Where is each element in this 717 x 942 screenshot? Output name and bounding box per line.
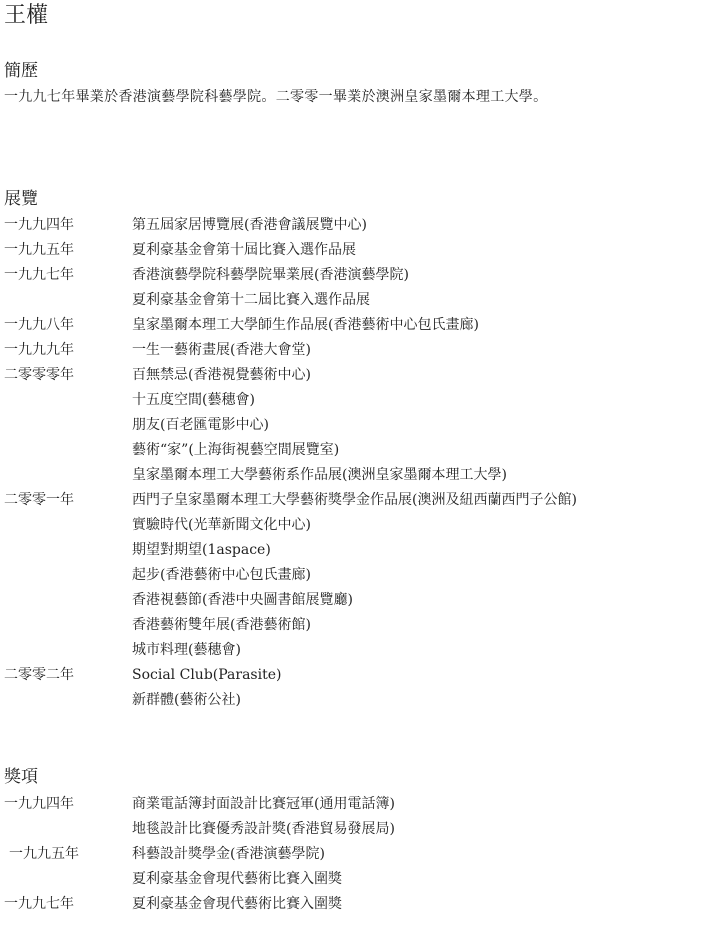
award-item: 夏利豪基金會現代藝術比賽入圍獎 [132, 894, 342, 914]
exhibition-item: 城市料理(藝穗會) [132, 640, 241, 660]
exhibition-item: 一生一藝術畫展(香港大會堂) [132, 340, 311, 360]
award-item: 地毯設計比賽優秀設計獎(香港貿易發展局) [132, 819, 395, 839]
exhibition-year: 二零零二年 [4, 665, 74, 685]
exhibition-item: 香港視藝節(香港中央圖書館展覽廳) [132, 590, 353, 610]
exhibition-item: 皇家墨爾本理工大學師生作品展(香港藝術中心包氏畫廊) [132, 315, 479, 335]
exhibition-item: 夏利豪基金會第十二屆比賽入選作品展 [132, 290, 370, 310]
exhibition-item: 香港演藝學院科藝學院畢業展(香港演藝學院) [132, 265, 409, 285]
exhibition-item: 實驗時代(光華新聞文化中心) [132, 515, 311, 535]
exhibition-item: 第五屆家居博覽展(香港會議展覽中心) [132, 215, 367, 235]
exhibition-item: 新群體(藝術公社) [132, 690, 241, 710]
exhibition-year: 一九九五年 [4, 240, 74, 260]
exhibition-year: 一九九八年 [4, 315, 74, 335]
awards-heading: 獎項 [4, 767, 38, 787]
exhibition-item: 朋友(百老匯電影中心) [132, 415, 269, 435]
award-item: 商業電話簿封面設計比賽冠軍(通用電話簿) [132, 794, 395, 814]
exhibition-item: 西門子皇家墨爾本理工大學藝術獎學金作品展(澳洲及紐西蘭西門子公館) [132, 490, 577, 510]
exhibition-year: 二零零一年 [4, 490, 74, 510]
bio-text: 一九九七年畢業於香港演藝學院科藝學院。二零零一畢業於澳洲皇家墨爾本理工大學。 [4, 87, 547, 107]
exhibition-year: 一九九七年 [4, 265, 74, 285]
exhibition-year: 二零零零年 [4, 365, 74, 385]
exhibition-item: 香港藝術雙年展(香港藝術館) [132, 615, 311, 635]
award-year: 一九九五年 [9, 844, 79, 864]
bio-heading: 簡歷 [4, 61, 38, 81]
award-item: 科藝設計獎學金(香港演藝學院) [132, 844, 325, 864]
exhibition-item: 百無禁忌(香港視覺藝術中心) [132, 365, 311, 385]
exhibition-item: 期望對期望(1aspace) [132, 540, 271, 560]
exhibition-item: 十五度空間(藝穗會) [132, 390, 255, 410]
exhibition-year: 一九九四年 [4, 215, 74, 235]
exhibition-item: 皇家墨爾本理工大學藝術系作品展(澳洲皇家墨爾本理工大學) [132, 465, 507, 485]
award-year: 一九九七年 [4, 894, 74, 914]
exhibition-item: 藝術“家”(上海街視藝空間展覽室) [132, 440, 339, 460]
exhibition-item: Social Club(Parasite) [132, 665, 281, 685]
exhibition-item: 夏利豪基金會第十屆比賽入選作品展 [132, 240, 356, 260]
award-year: 一九九四年 [4, 794, 74, 814]
page-title: 王權 [4, 3, 48, 29]
exhibitions-heading: 展覽 [4, 189, 38, 209]
award-item: 夏利豪基金會現代藝術比賽入圍獎 [132, 869, 342, 889]
exhibition-year: 一九九九年 [4, 340, 74, 360]
exhibition-item: 起步(香港藝術中心包氏畫廊) [132, 565, 311, 585]
